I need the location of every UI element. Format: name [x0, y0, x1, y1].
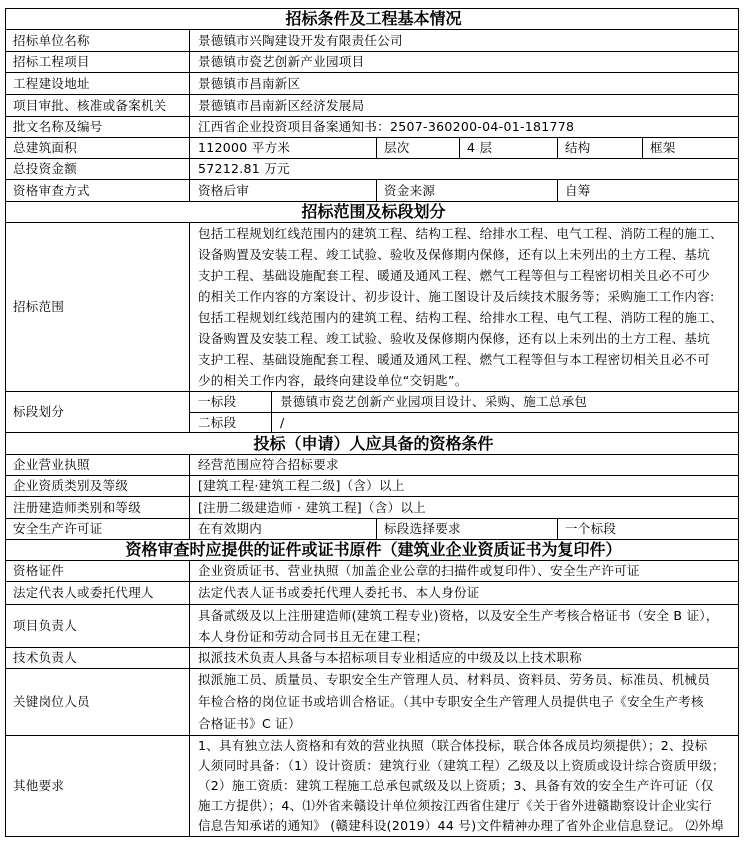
row-label: 项目负责人 [6, 605, 190, 648]
tender-info-table: 招标条件及工程基本情况 招标单位名称 景德镇市兴陶建设开发有限责任公司 招标工程… [5, 8, 739, 837]
scope-line: 少的相关工作内容，最终向建设单位“交钥匙”。 [198, 370, 734, 391]
row-label: 招标范围 [6, 223, 190, 392]
technical-lead-value: 拟派技术负责人具备与本招标项目专业相适应的中级及以上技术职称 [190, 648, 739, 669]
text-line: 信息告知承诺的通知》 (赣建科设(2019）44 号)文件精神办理了省外企业信息… [198, 816, 734, 836]
scope-line: 支护工程、基础设施配套工程、暖通及通风工程、燃气工程等但与工程密切相关且必不可少 [198, 265, 734, 286]
table-row: 资格审查方式 资格后审 资金来源 自筹 [6, 180, 739, 202]
row-label: 技术负责人 [6, 648, 190, 669]
row-label: 企业营业执照 [6, 455, 190, 476]
section-title-scope: 招标范围及标段划分 [6, 202, 739, 223]
text-line: 拟派施工员、质量员、专职安全生产管理人员、材料员、资料员、劳务员、标准员、机械员 [198, 669, 734, 691]
row-label: 批文名称及编号 [6, 117, 190, 138]
table-row: 项目审批、核准或备案机关 景德镇市昌南新区经济发展局 [6, 95, 739, 117]
key-personnel-value: 拟派施工员、质量员、专职安全生产管理人员、材料员、资料员、劳务员、标准员、机械员… [190, 669, 739, 736]
table-row: 总建筑面积 112000 平方米 层次 4 层 结构 框架 [6, 138, 739, 159]
text-line: （2）施工资质：建筑工程施工总承包贰级及以上资质；3、具备有效的安全生产许可证（… [198, 776, 734, 796]
qualification-documents-value: 企业资质证书、营业执照（加盖企业公章的扫描件或复印件）、安全生产许可证 [190, 561, 739, 582]
row-label: 资格证件 [6, 561, 190, 582]
lot-selection-label: 标段选择要求 [377, 519, 558, 540]
table-row: 安全生产许可证 在有效期内 标段选择要求 一个标段 [6, 519, 739, 540]
safety-license-value: 在有效期内 [190, 519, 377, 540]
row-label: 工程建设地址 [6, 73, 190, 95]
text-line: 人须同时具备：（1）设计资质：建筑行业（建筑工程）乙级及以上资质或设计综合资质甲… [198, 756, 734, 776]
row-label: 项目审批、核准或备案机关 [6, 95, 190, 117]
lot-selection-value: 一个标段 [558, 519, 739, 540]
fund-source-value: 自筹 [558, 180, 739, 202]
row-label: 总建筑面积 [6, 138, 190, 159]
structure-label: 结构 [558, 138, 643, 159]
scope-line: 的相关工作内容的方案设计、初步设计、施工图设计及后续技术服务等；采购施工工作内容… [198, 286, 734, 307]
table-row: 招标单位名称 景德镇市兴陶建设开发有限责任公司 [6, 30, 739, 52]
table-row: 技术负责人 拟派技术负责人具备与本招标项目专业相适应的中级及以上技术职称 [6, 648, 739, 669]
scope-line: 支护工程、基础设施配套工程、暖通及通风工程、燃气工程等但与本工程密切相关且必不可 [198, 349, 734, 370]
row-label: 资格审查方式 [6, 180, 190, 202]
text-line: 本人身份证和劳动合同书且无在建工程； [198, 626, 734, 647]
project-manager-value: 具备贰级及以上注册建造师(建筑工程专业)资格，以及安全生产考核合格证书（安全 B… [190, 605, 739, 648]
business-license-value: 经营范围应符合招标要求 [190, 455, 739, 476]
project-address-value: 景德镇市昌南新区 [190, 73, 739, 95]
table-row: 注册建造师类别和等级 [注册二级建造师 · 建筑工程]（含）以上 [6, 497, 739, 519]
table-row: 招标工程项目 景德镇市瓷艺创新产业园项目 [6, 52, 739, 73]
row-label: 总投资金额 [6, 159, 190, 180]
table-row: 企业营业执照 经营范围应符合招标要求 [6, 455, 739, 476]
row-label: 标段划分 [6, 392, 190, 433]
table-row: 资格证件 企业资质证书、营业执照（加盖企业公章的扫描件或复印件）、安全生产许可证 [6, 561, 739, 582]
table-row: 批文名称及编号 江西省企业投资项目备案通知书：2507-360200-04-01… [6, 117, 739, 138]
approval-authority-value: 景德镇市昌南新区经济发展局 [190, 95, 739, 117]
section-title-documents: 资格审查时应提供的证件或证书原件（建筑业企业资质证书为复印件） [6, 540, 739, 561]
section-title-qualification: 投标（申请）人应具备的资格条件 [6, 433, 739, 455]
row-label: 企业资质类别及等级 [6, 476, 190, 497]
scope-line: 包括工程规划红线范围内的建筑工程、结构工程、给排水工程、电气工程、消防工程的施工… [198, 307, 734, 328]
row-label: 注册建造师类别和等级 [6, 497, 190, 519]
table-row: 其他要求 1、具有独立法人资格和有效的营业执照（联合体投标，联合体各成员均须提供… [6, 736, 739, 837]
investment-value: 57212.81 万元 [190, 159, 739, 180]
table-row: 法定代表人或委托代理人 法定代表人证书或委托代理人委托书、本人身份证 [6, 582, 739, 605]
table-row: 关键岗位人员 拟派施工员、质量员、专职安全生产管理人员、材料员、资料员、劳务员、… [6, 669, 739, 736]
table-row: 企业资质类别及等级 [建筑工程·建筑工程二级]（含）以上 [6, 476, 739, 497]
review-method-value: 资格后审 [190, 180, 377, 202]
table-row: 招标范围 包括工程规划红线范围内的建筑工程、结构工程、给排水工程、电气工程、消防… [6, 223, 739, 392]
tenderer-name-value: 景德镇市兴陶建设开发有限责任公司 [190, 30, 739, 52]
row-label: 关键岗位人员 [6, 669, 190, 736]
row-label: 其他要求 [6, 736, 190, 837]
table-row: 总投资金额 57212.81 万元 [6, 159, 739, 180]
floor-area-value: 112000 平方米 [190, 138, 377, 159]
text-line: 施工方提供）；4、⑴外省来赣设计单位须按江西省住建厅《关于省外进赣勘察设计企业实… [198, 796, 734, 816]
legal-representative-value: 法定代表人证书或委托代理人委托书、本人身份证 [190, 582, 739, 605]
row-label: 招标单位名称 [6, 30, 190, 52]
scope-line: 包括工程规划红线范围内的建筑工程、结构工程、给排水工程、电气工程、消防工程的施工… [198, 223, 734, 244]
table-row: 项目负责人 具备贰级及以上注册建造师(建筑工程专业)资格，以及安全生产考核合格证… [6, 605, 739, 648]
row-label: 招标工程项目 [6, 52, 190, 73]
floors-label: 层次 [377, 138, 460, 159]
constructor-qualification-value: [注册二级建造师 · 建筑工程]（含）以上 [190, 497, 739, 519]
row-label: 安全生产许可证 [6, 519, 190, 540]
text-line: 1、具有独立法人资格和有效的营业执照（联合体投标，联合体各成员均须提供）；2、投… [198, 736, 734, 756]
text-line: 年检合格的岗位证书或培训合格证。（其中专职安全生产管理人员提供电子《安全生产考核 [198, 691, 734, 713]
structure-value: 框架 [643, 138, 739, 159]
scope-text: 包括工程规划红线范围内的建筑工程、结构工程、给排水工程、电气工程、消防工程的施工… [190, 223, 739, 392]
text-line: 具备贰级及以上注册建造师(建筑工程专业)资格，以及安全生产考核合格证书（安全 B… [198, 605, 734, 626]
lot-value: / [272, 413, 739, 433]
text-line: 合格证书》C 证） [198, 713, 734, 735]
scope-line: 设备购置及安装工程、竣工试验、验收及保修期内保修，还有以上未列出的土方工程、基坑 [198, 328, 734, 349]
lot-name: 一标段 [190, 392, 272, 413]
table-row: 标段划分 一标段 景德镇市瓷艺创新产业园项目设计、采购、施工总承包 [6, 392, 739, 413]
approval-document-value: 江西省企业投资项目备案通知书：2507-360200-04-01-181778 [190, 117, 739, 138]
project-name-value: 景德镇市瓷艺创新产业园项目 [190, 52, 739, 73]
fund-source-label: 资金来源 [377, 180, 558, 202]
table-row: 工程建设地址 景德镇市昌南新区 [6, 73, 739, 95]
enterprise-qualification-value: [建筑工程·建筑工程二级]（含）以上 [190, 476, 739, 497]
scope-line: 设备购置及安装工程、竣工试验、验收及保修期内保修，还有以上未列出的土方工程、基坑 [198, 244, 734, 265]
floors-value: 4 层 [460, 138, 558, 159]
row-label: 法定代表人或委托代理人 [6, 582, 190, 605]
section-title-basic-info: 招标条件及工程基本情况 [6, 9, 739, 30]
lot-name: 二标段 [190, 413, 272, 433]
lot-value: 景德镇市瓷艺创新产业园项目设计、采购、施工总承包 [272, 392, 739, 413]
other-requirements-value: 1、具有独立法人资格和有效的营业执照（联合体投标，联合体各成员均须提供）；2、投… [190, 736, 739, 837]
